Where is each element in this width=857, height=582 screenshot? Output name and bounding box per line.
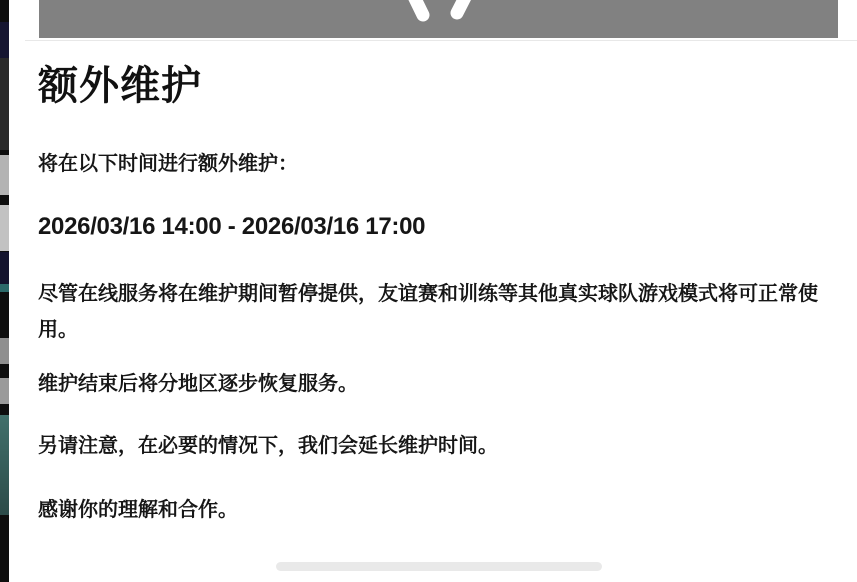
maintenance-notice-page: 额外维护 将在以下时间进行额外维护： 2026/03/16 14:00 - 20…	[9, 0, 857, 582]
header-divider	[25, 40, 857, 41]
backdrop-text-fragment	[0, 205, 9, 251]
backdrop-text-fragment	[0, 338, 9, 364]
screen: 额外维护 将在以下时间进行额外维护： 2026/03/16 14:00 - 20…	[0, 0, 857, 582]
intro-text: 将在以下时间进行额外维护：	[38, 146, 826, 182]
background-game-screen-strip	[0, 0, 9, 582]
page-title: 额外维护	[38, 62, 828, 110]
backdrop-fragment	[0, 252, 9, 284]
maintenance-schedule: 2026/03/16 14:00 - 2026/03/16 17:00	[38, 208, 826, 246]
backdrop-text-fragment	[0, 155, 9, 195]
close-icon	[392, 0, 488, 38]
backdrop-fragment	[0, 415, 9, 515]
backdrop-fragment	[0, 284, 9, 292]
thanks-text: 感谢你的理解和合作。	[38, 492, 826, 528]
horizontal-scrollbar-thumb[interactable]	[276, 562, 602, 571]
details-text: 尽管在线服务将在维护期间暂停提供，友谊赛和训练等其他真实球队游戏模式将可正常使用…	[38, 276, 826, 348]
modal-header-bar	[39, 0, 838, 38]
backdrop-text-fragment	[0, 378, 9, 404]
close-button[interactable]	[392, 0, 488, 38]
backdrop-fragment	[0, 22, 9, 58]
extension-notice-text: 另请注意，在必要的情况下，我们会延长维护时间。	[38, 428, 826, 464]
recovery-text: 维护结束后将分地区逐步恢复服务。	[38, 366, 826, 402]
backdrop-fragment	[0, 58, 9, 150]
